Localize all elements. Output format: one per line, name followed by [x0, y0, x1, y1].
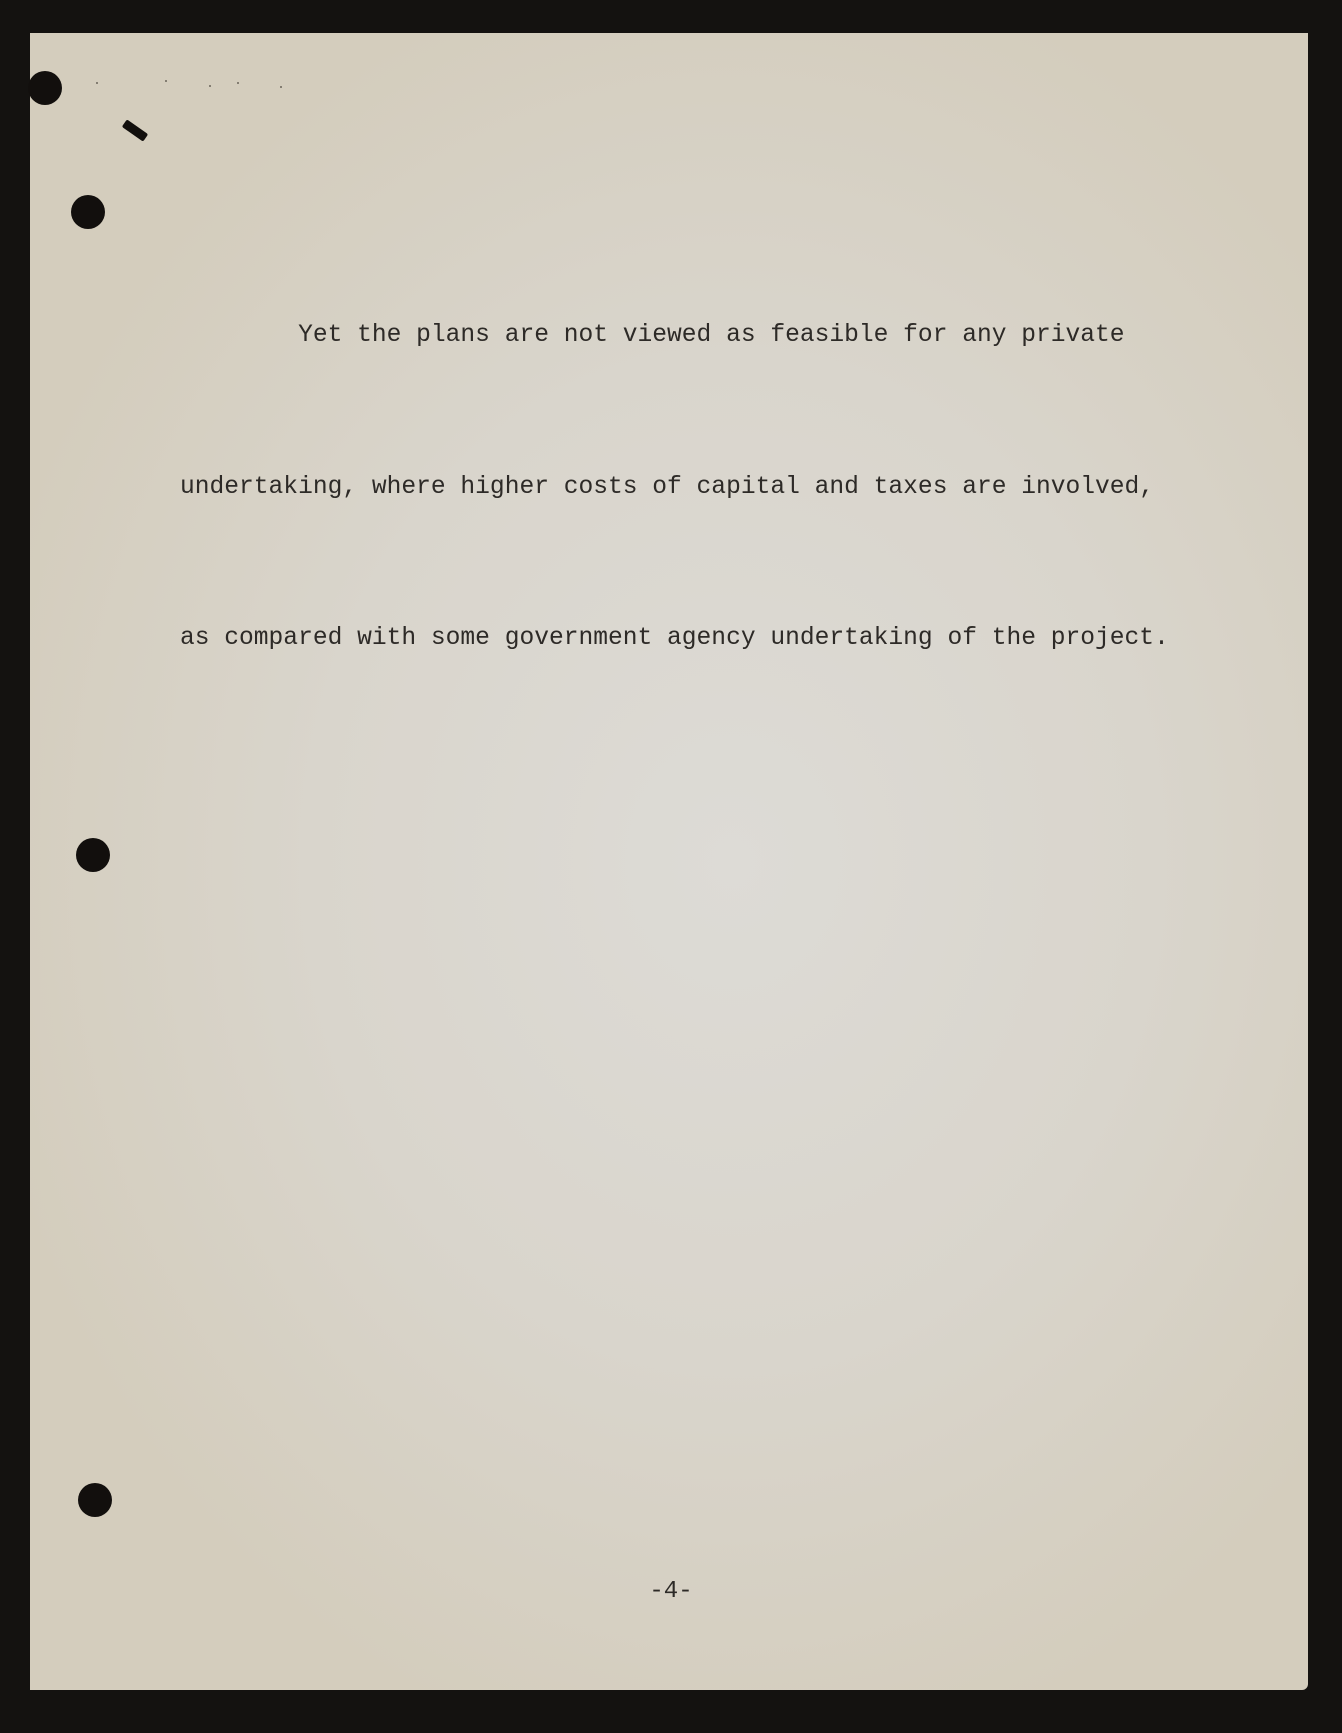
- paragraph-line: Yet the plans are not viewed as feasible…: [180, 311, 1220, 362]
- pin-dot: [165, 80, 167, 82]
- punch-hole: [28, 71, 62, 105]
- pin-dot: [209, 85, 211, 87]
- body-paragraph: Yet the plans are not viewed as feasible…: [180, 210, 1220, 715]
- pin-dot: [96, 82, 98, 84]
- page-number: -4-: [0, 1578, 1342, 1605]
- paragraph-line: undertaking, where higher costs of capit…: [180, 463, 1220, 514]
- punch-hole: [71, 195, 105, 229]
- punch-hole: [76, 838, 110, 872]
- pin-dot: [280, 86, 282, 88]
- punch-hole: [78, 1483, 112, 1517]
- pin-dot: [237, 82, 239, 84]
- paragraph-line: as compared with some government agency …: [180, 614, 1220, 665]
